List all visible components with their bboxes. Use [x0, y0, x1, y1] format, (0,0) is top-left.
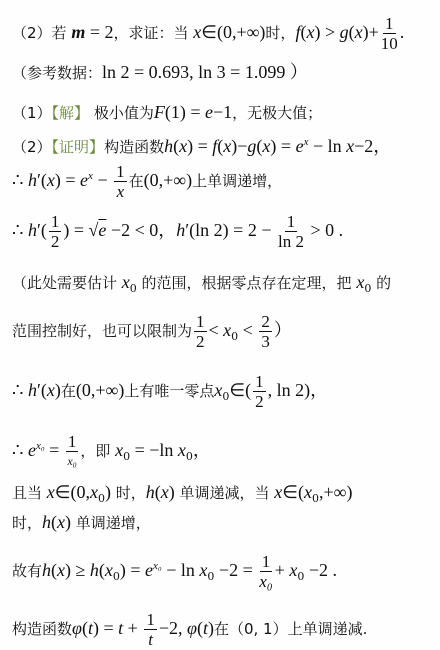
- reference-data: （参考数据：ln 2 = 0.693, ln 3 = 1.099 ）: [12, 62, 308, 83]
- derivative-values: ∴ h′(12) = √e −2 < 0，h′(ln 2) = 2 − 1ln …: [12, 212, 343, 251]
- phi-line: 构造函数φ(t) = t + 1t−2, φ(t)在（0, 1）上单调递减.: [12, 610, 367, 649]
- solution-part2: （2）【证明】构造函数h(x) = f(x)−g(x) = ex − ln x−…: [12, 132, 391, 157]
- monotonic-line-1: 且当 x∈(0,x0) 时，h(x) 单调递减，当 x∈(x0,+∞): [12, 482, 352, 509]
- label-zhengming: 【证明】: [52, 138, 105, 156]
- label-jie: 【解】: [52, 104, 90, 122]
- minimum-line: 故有h(x) ≥ h(x0) = ex₀ − ln x0 −2 = 1x₀+ x…: [12, 552, 337, 591]
- solution-part1: （1）【解】 极小值为F(1) = e−1，无极大值；: [12, 102, 322, 123]
- unique-zero: ∴ h′(x)在(0,+∞)上有唯一零点x0∈(12, ln 2)，: [12, 372, 328, 411]
- note-line-1: （此处需要估计 x0 的范围，根据零点存在定理，把 x0 的: [12, 272, 391, 299]
- derivative-line: ∴ h′(x) = ex − 1x在(0,+∞)上单调递增，: [12, 162, 282, 201]
- monotonic-line-2: 时，h(x) 单调递增，: [12, 512, 151, 533]
- note-line-2: 范围控制好，也可以限制为12< x0 < 23）: [12, 312, 292, 351]
- problem-statement: （2）若 m = 2，求证：当 x∈(0,+∞)时，f(x) > g(x)+11…: [12, 14, 404, 53]
- zero-equation: ∴ ex₀ = 1x₀，即 x0 = −ln x0，: [12, 432, 211, 471]
